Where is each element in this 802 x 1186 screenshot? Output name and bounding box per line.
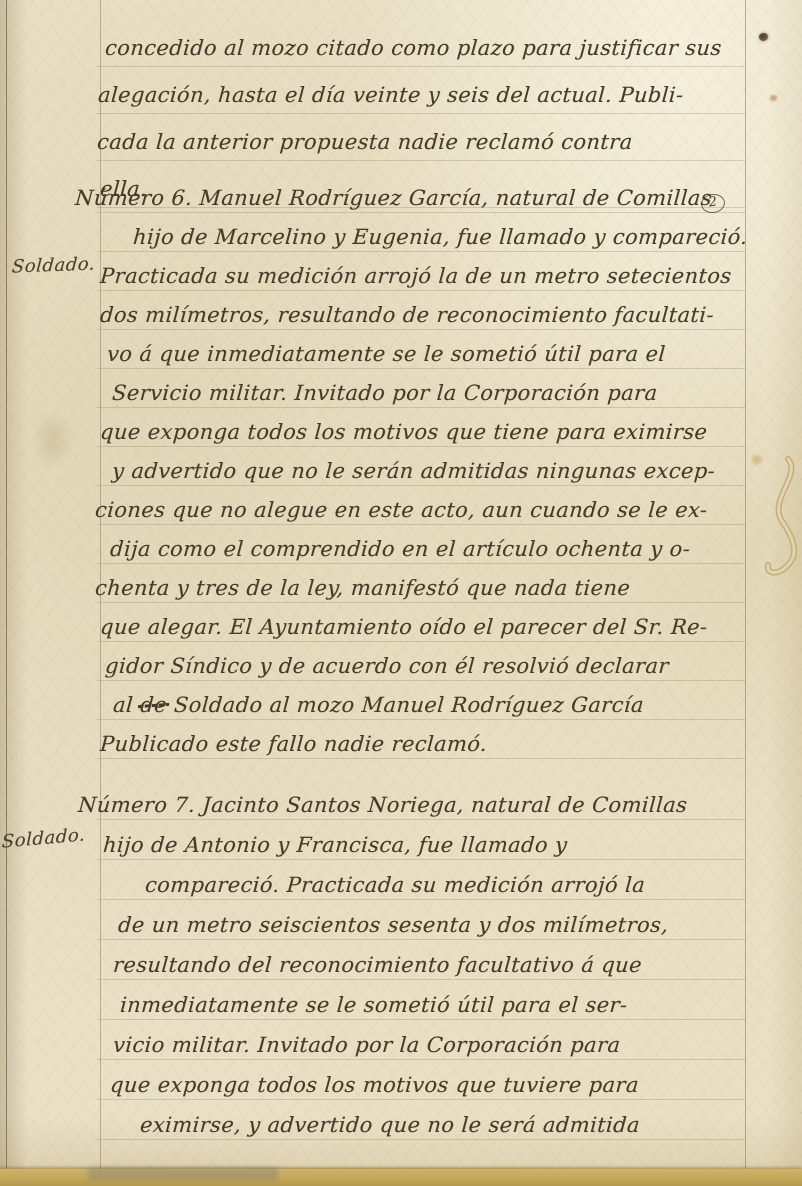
left-edge-rule-line	[6, 0, 7, 1186]
margin-note-soldado-entry-6: Soldado.	[11, 254, 96, 278]
handwritten-line: eximirse, y advertido que no le será adm…	[69, 1106, 750, 1146]
handwritten-line: que exponga todos los motivos que tiene …	[69, 414, 750, 453]
handwritten-line: ciones que no alegue en este acto, aun c…	[69, 492, 750, 531]
next-page-showthrough	[88, 1167, 278, 1180]
manuscript-page: concedido al mozo citado como plazo para…	[0, 0, 802, 1186]
handwritten-line: que exponga todos los motivos que tuvier…	[69, 1066, 750, 1106]
handwritten-line: Servicio militar. Invitado por la Corpor…	[69, 375, 750, 414]
handwritten-line: vo á que inmediatamente se le sometió út…	[69, 336, 750, 375]
handwritten-line: Publicado este fallo nadie reclamó.	[69, 726, 750, 765]
handwritten-line: alegación, hasta el día veinte y seis de…	[68, 73, 749, 120]
handwritten-line: gidor Síndico y de acuerdo con él resolv…	[69, 648, 750, 687]
handwritten-line: dos milímetros, resultando de reconocimi…	[69, 297, 750, 336]
handwritten-line: cada la anterior propuesta nadie reclamó…	[68, 120, 749, 167]
handwritten-line: que alegar. El Ayuntamiento oído el pare…	[69, 609, 750, 648]
paragraph-entry-numero-6: Número 6. Manuel Rodríguez García, natur…	[70, 180, 748, 765]
ink-blot	[759, 33, 768, 41]
foxing-spot	[770, 95, 777, 101]
foxing-stain	[40, 420, 66, 460]
handwritten-line: Número 7. Jacinto Santos Noriega, natura…	[69, 786, 750, 826]
text-run: al	[112, 693, 141, 717]
handwritten-line: inmediatamente se le sometió útil para e…	[69, 986, 750, 1026]
paragraph-entry-numero-7: Número 7. Jacinto Santos Noriega, natura…	[70, 786, 748, 1146]
handwritten-line: chenta y tres de la ley, manifestó que n…	[69, 570, 750, 609]
handwritten-line: de un metro seiscientos sesenta y dos mi…	[69, 906, 750, 946]
handwritten-line: hijo de Antonio y Francisca, fue llamado…	[69, 826, 750, 866]
handwritten-line: y advertido que no le serán admitidas ni…	[69, 453, 750, 492]
binding-thread	[758, 455, 802, 585]
handwritten-line: resultando del reconocimiento facultativ…	[69, 946, 750, 986]
struck-out-word: de	[139, 693, 167, 717]
handwritten-line: Número 6. Manuel Rodríguez García, natur…	[69, 180, 750, 219]
handwritten-line: concedido al mozo citado como plazo para…	[68, 26, 749, 73]
handwritten-line: dija como el comprendido en el artículo …	[69, 531, 750, 570]
handwritten-line: al de Soldado al mozo Manuel Rodríguez G…	[69, 687, 750, 726]
handwritten-line: hijo de Marcelino y Eugenia, fue llamado…	[69, 219, 750, 258]
text-run: Soldado al mozo Manuel Rodríguez García	[166, 693, 645, 717]
handwritten-line: Practicada su medición arrojó la de un m…	[69, 258, 750, 297]
handwritten-line: vicio militar. Invitado por la Corporaci…	[69, 1026, 750, 1066]
handwritten-line: compareció. Practicada su medición arroj…	[69, 866, 750, 906]
